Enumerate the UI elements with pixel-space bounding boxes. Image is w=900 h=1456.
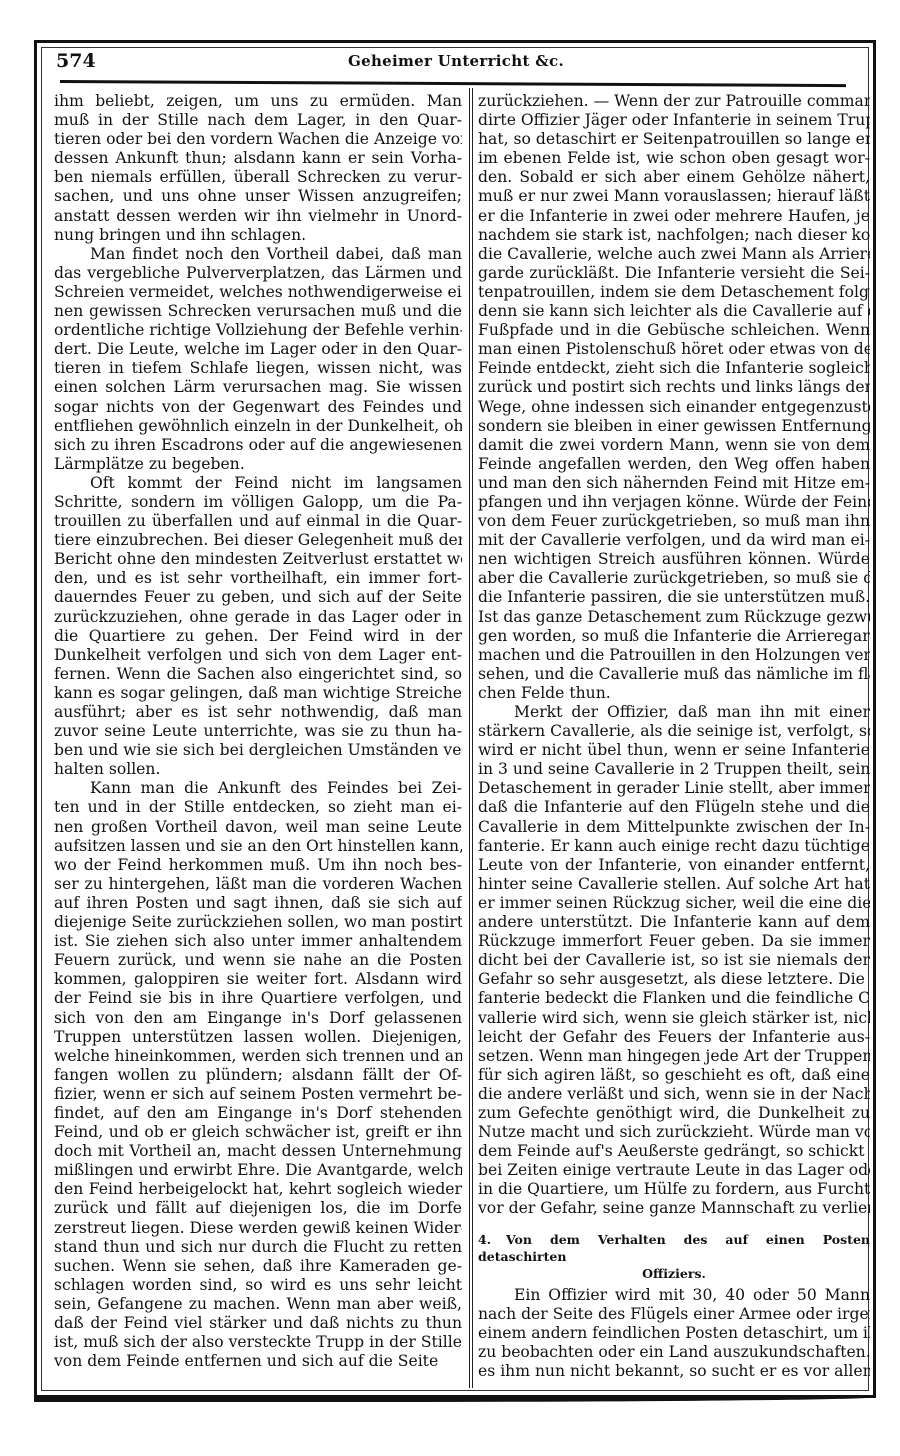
text-line: er die Infanterie in zwei oder mehrere H… <box>478 207 870 226</box>
text-line: den. Sobald er sich aber einem Gehölze n… <box>478 168 870 187</box>
text-line: trouillen zu überfallen und auf einmal i… <box>54 512 462 531</box>
text-line: fangen wollen zu plündern; alsdann fällt… <box>54 1066 462 1085</box>
text-line: Feuern zurück, und wenn sie nahe an die … <box>54 951 462 970</box>
text-line: dicht bei der Cavallerie ist, so ist sie… <box>478 951 870 970</box>
text-line: den Feind herbeigelockt hat, kehrt sogle… <box>54 1180 462 1199</box>
text-line: einen solchen Lärm verursachen mag. Sie … <box>54 378 462 397</box>
text-line: dauerndes Feuer zu geben, und sich auf d… <box>54 588 462 607</box>
text-line: muß in der Stille nach dem Lager, in den… <box>54 111 462 130</box>
text-line: ben und wie sie sich bei dergleichen Ums… <box>54 741 462 760</box>
text-line: anstatt dessen werden wir ihn vielmehr i… <box>54 207 462 226</box>
text-line: wo der Feind herkommen muß. Um ihn noch … <box>54 856 462 875</box>
text-line: im ebenen Felde ist, wie schon oben gesa… <box>478 149 870 168</box>
text-line: Cavallerie in dem Mittelpunkte zwischen … <box>478 818 870 837</box>
text-line: nen wichtigen Streich ausführen können. … <box>478 550 870 569</box>
text-line: in 3 und seine Cavallerie in 2 Truppen t… <box>478 760 870 779</box>
text-line: ist, muß sich der also versteckte Trupp … <box>54 1333 462 1352</box>
text-line: entfliehen gewöhnlich einzeln in der Dun… <box>54 417 462 436</box>
text-line: vallerie wird sich, wenn sie gleich stär… <box>478 1009 870 1028</box>
text-line: Schritte, sondern im völligen Galopp, um… <box>54 493 462 512</box>
text-line: bei Zeiten einige vertraute Leute in das… <box>478 1161 870 1180</box>
text-line: sogar nichts von der Gegenwart des Feind… <box>54 398 462 417</box>
section-heading: 4.Von dem Verhalten des auf einen Posten… <box>478 1231 870 1282</box>
text-line: aber die Cavallerie zurückgetrieben, so … <box>478 569 870 588</box>
text-line: fanterie bedeckt die Flanken und die fei… <box>478 989 870 1008</box>
text-line: doch mit Vortheil an, macht dessen Unter… <box>54 1142 462 1161</box>
paragraph: Merkt der Offizier, daß man ihn mit eine… <box>478 703 870 1219</box>
text-line: Ist das ganze Detaschement zum Rückzuge … <box>478 608 870 627</box>
text-line: ordentliche richtige Vollziehung der Bef… <box>54 321 462 340</box>
paragraph: Ein Offizier wird mit 30, 40 oder 50 Man… <box>478 1286 870 1381</box>
text-line: stand thun und sich nur durch die Flucht… <box>54 1238 462 1257</box>
text-line: ser zu hintergehen, läßt man die vordere… <box>54 875 462 894</box>
text-line: damit die zwei vordern Mann, wenn sie vo… <box>478 436 870 455</box>
text-line: zerstreut liegen. Diese werden gewiß kei… <box>54 1219 462 1238</box>
text-line: Schreien vermeidet, welches nothwendiger… <box>54 283 462 302</box>
text-line: muß er nur zwei Mann vorauslassen; hiera… <box>478 187 870 206</box>
text-line: den, und es ist sehr vortheilhaft, ein i… <box>54 569 462 588</box>
text-line: Man findet noch den Vortheil dabei, daß … <box>54 245 462 264</box>
text-line: Feind, und ob er gleich schwächer ist, g… <box>54 1123 462 1142</box>
text-line: der Feind sie bis in ihre Quartiere verf… <box>54 989 462 1008</box>
text-line: einem andern feindlichen Posten detaschi… <box>478 1324 870 1343</box>
text-line: fernen. Wenn die Sachen also eingerichte… <box>54 665 462 684</box>
text-line: zurückzuziehen, ohne gerade in das Lager… <box>54 608 462 627</box>
paragraph: Kann man die Ankunft des Feindes bei Zei… <box>54 779 462 1371</box>
text-line: hinter seine Cavallerie stellen. Auf sol… <box>478 875 870 894</box>
text-line: sehen, und die Cavallerie muß das nämlic… <box>478 665 870 684</box>
text-line: das vergebliche Pulververplatzen, das Lä… <box>54 264 462 283</box>
text-line: suchen. Wenn sie sehen, daß ihre Kamerad… <box>54 1257 462 1276</box>
section-title-line1: Von dem Verhalten des auf einen Posten d… <box>478 1232 870 1264</box>
text-line: mißlingen und erwirbt Ehre. Die Avantgar… <box>54 1161 462 1180</box>
section-number: 4. <box>478 1231 506 1248</box>
text-line: aufsitzen lassen und sie an den Ort hins… <box>54 837 462 856</box>
text-line: nung bringen und ihn schlagen. <box>54 226 462 245</box>
text-line: fizier, wenn er sich auf seinem Posten v… <box>54 1085 462 1104</box>
text-line: auf ihren Posten und sagt ihnen, daß sie… <box>54 894 462 913</box>
text-line: von dem Feuer zurückgetrieben, so muß ma… <box>478 512 870 531</box>
text-line: findet, auf den am Eingange in's Dorf st… <box>54 1104 462 1123</box>
text-line: zurückziehen. — Wenn der zur Patrouille … <box>478 92 870 111</box>
text-line: dirte Offizier Jäger oder Infanterie in … <box>478 111 870 130</box>
right-column-paragraphs: zurückziehen. — Wenn der zur Patrouille … <box>478 92 870 1219</box>
text-line: die andere verläßt und sich, wenn sie in… <box>478 1085 870 1104</box>
page-border-bottom-shadow <box>34 1397 876 1402</box>
text-line: Fußpfade und in die Gebüsche schleichen.… <box>478 321 870 340</box>
text-line: Truppen unterstützen lassen wollen. Diej… <box>54 1028 462 1047</box>
text-line: zurück und fällt auf diejenigen los, die… <box>54 1199 462 1218</box>
text-line: nen gewissen Schrecken verursachen muß u… <box>54 302 462 321</box>
text-line: kommen, galoppiren sie weiter fort. Alsd… <box>54 970 462 989</box>
paragraph: Oft kommt der Feind nicht im langsamenSc… <box>54 474 462 780</box>
text-line: Feinde angefallen werden, den Weg offen … <box>478 455 870 474</box>
running-title: Geheimer Unterricht &c. <box>48 52 864 70</box>
text-line: halten sollen. <box>54 760 462 779</box>
text-line: zuvor seine Leute unterrichte, was sie z… <box>54 722 462 741</box>
text-line: Nutze macht und sich zurückzieht. Würde … <box>478 1123 870 1142</box>
left-column: ihm beliebt, zeigen, um uns zu ermüden. … <box>54 92 462 1371</box>
section-title-line2: Offiziers. <box>478 1265 870 1282</box>
text-line: von dem Feinde entfernen und sich auf di… <box>54 1352 462 1371</box>
text-line: chen Felde thun. <box>478 684 870 703</box>
text-line: fanterie. Er kann auch einige recht dazu… <box>478 837 870 856</box>
text-line: setzen. Wenn man hingegen jede Art der T… <box>478 1047 870 1066</box>
text-line: stärkern Cavallerie, als die seinige ist… <box>478 722 870 741</box>
text-line: nach der Seite des Flügels einer Armee o… <box>478 1305 870 1324</box>
text-line: tieren oder bei den vordern Wachen die A… <box>54 130 462 149</box>
text-line: ten und in der Stille entdecken, so zieh… <box>54 798 462 817</box>
text-line: die Cavallerie, welche auch zwei Mann al… <box>478 245 870 264</box>
paragraph: ihm beliebt, zeigen, um uns zu ermüden. … <box>54 92 462 245</box>
text-line: zum Gefechte genöthigt wird, die Dunkelh… <box>478 1104 870 1123</box>
text-line: Dunkelheit verfolgen und sich von dem La… <box>54 646 462 665</box>
text-line: sondern sie bleiben in einer gewissen En… <box>478 417 870 436</box>
text-line: Detaschement in gerader Linie stellt, ab… <box>478 779 870 798</box>
text-line: wird er nicht übel thun, wenn er seine I… <box>478 741 870 760</box>
text-line: es ihm nun nicht bekannt, so sucht er es… <box>478 1362 870 1381</box>
text-line: ausführt; aber es ist sehr nothwendig, d… <box>54 703 462 722</box>
text-line: die Infanterie passiren, die sie unterst… <box>478 588 870 607</box>
column-divider <box>469 88 470 1388</box>
text-line: daß die Infanterie auf den Flügeln stehe… <box>478 798 870 817</box>
text-line: vor der Gefahr, seine ganze Mannschaft z… <box>478 1199 870 1218</box>
text-line: er immer seinen Rückzug sicher, weil die… <box>478 894 870 913</box>
text-line: andere unterstützt. Die Infanterie kann … <box>478 913 870 932</box>
text-line: Wege, ohne indessen sich einander entgeg… <box>478 398 870 417</box>
text-line: Oft kommt der Feind nicht im langsamen <box>54 474 462 493</box>
text-line: welche hineinkommen, werden sich trennen… <box>54 1047 462 1066</box>
text-line: sich zu ihren Escadrons oder auf die ang… <box>54 436 462 455</box>
running-head: 574 Geheimer Unterricht &c. <box>48 48 864 76</box>
text-line: kann es sogar gelingen, daß man wichtige… <box>54 684 462 703</box>
text-line: nen großen Vortheil davon, weil man sein… <box>54 818 462 837</box>
text-line: Lärmplätze zu begeben. <box>54 455 462 474</box>
text-line: nachdem sie stark ist, nachfolgen; nach … <box>478 226 870 245</box>
text-line: machen und die Patrouillen in den Holzun… <box>478 646 870 665</box>
paragraph: Man findet noch den Vortheil dabei, daß … <box>54 245 462 474</box>
text-line: für sich agiren läßt, so geschieht es of… <box>478 1066 870 1085</box>
text-line: ben niemals erfüllen, überall Schrecken … <box>54 168 462 187</box>
text-line: pfangen und ihn verjagen könne. Würde de… <box>478 493 870 512</box>
text-line: Ein Offizier wird mit 30, 40 oder 50 Man… <box>478 1286 870 1305</box>
text-line: mit der Cavallerie verfolgen, und da wir… <box>478 531 870 550</box>
text-line: daß der Feind viel stärker und daß nicht… <box>54 1314 462 1333</box>
text-line: gen worden, so muß die Infanterie die Ar… <box>478 627 870 646</box>
text-line: dessen Ankunft thun; alsdann kann er sei… <box>54 149 462 168</box>
text-line: leicht der Gefahr des Feuers der Infante… <box>478 1028 870 1047</box>
text-line: Kann man die Ankunft des Feindes bei Zei… <box>54 779 462 798</box>
text-line: Leute von der Infanterie, von einander e… <box>478 856 870 875</box>
text-line: tiere einzubrechen. Bei dieser Gelegenhe… <box>54 531 462 550</box>
text-line: dert. Die Leute, welche im Lager oder in… <box>54 340 462 359</box>
text-line: zu beobachten oder ein Land auszukundsch… <box>478 1343 870 1362</box>
text-line: Merkt der Offizier, daß man ihn mit eine… <box>478 703 870 722</box>
text-line: sein, Gefangene zu machen. Wenn man aber… <box>54 1295 462 1314</box>
text-line: garde zurückläßt. Die Infanterie versieh… <box>478 264 870 283</box>
text-line: die Quartiere zu gehen. Der Feind wird i… <box>54 627 462 646</box>
column-divider-double <box>472 88 473 1388</box>
text-line: tieren in tiefem Schlafe liegen, wissen … <box>54 359 462 378</box>
text-line: tenpatrouillen, indem sie dem Detascheme… <box>478 283 870 302</box>
right-column: zurückziehen. — Wenn der zur Patrouille … <box>478 92 870 1381</box>
text-line: und man den sich nähernden Feind mit Hit… <box>478 474 870 493</box>
text-line: sich von den am Eingange in's Dorf gelas… <box>54 1009 462 1028</box>
text-line: denn sie kann sich leichter als die Cava… <box>478 302 870 321</box>
text-line: zurück und postirt sich rechts und links… <box>478 378 870 397</box>
left-column-paragraphs: ihm beliebt, zeigen, um uns zu ermüden. … <box>54 92 462 1371</box>
text-line: Feinde entdeckt, zieht sich die Infanter… <box>478 359 870 378</box>
text-line: Rückzuge immerfort Feuer geben. Da sie i… <box>478 932 870 951</box>
paragraph: zurückziehen. — Wenn der zur Patrouille … <box>478 92 870 703</box>
text-line: man einen Pistolenschuß höret oder etwas… <box>478 340 870 359</box>
text-line: diejenige Seite zurückziehen sollen, wo … <box>54 913 462 932</box>
text-line: ihm beliebt, zeigen, um uns zu ermüden. … <box>54 92 462 111</box>
text-line: Bericht ohne den mindesten Zeitverlust e… <box>54 550 462 569</box>
text-line: ist. Sie ziehen sich also unter immer an… <box>54 932 462 951</box>
text-line: schlagen worden sind, so wird es uns seh… <box>54 1276 462 1295</box>
text-line: hat, so detaschirt er Seitenpatrouillen … <box>478 130 870 149</box>
text-line: dem Feinde auf's Aeußerste gedrängt, so … <box>478 1142 870 1161</box>
text-line: Gefahr so sehr ausgesetzt, als diese let… <box>478 970 870 989</box>
text-line: in die Quartiere, um Hülfe zu fordern, a… <box>478 1180 870 1199</box>
section-paragraphs: Ein Offizier wird mit 30, 40 oder 50 Man… <box>478 1286 870 1381</box>
text-line: sachen, und uns ohne unser Wissen anzugr… <box>54 187 462 206</box>
